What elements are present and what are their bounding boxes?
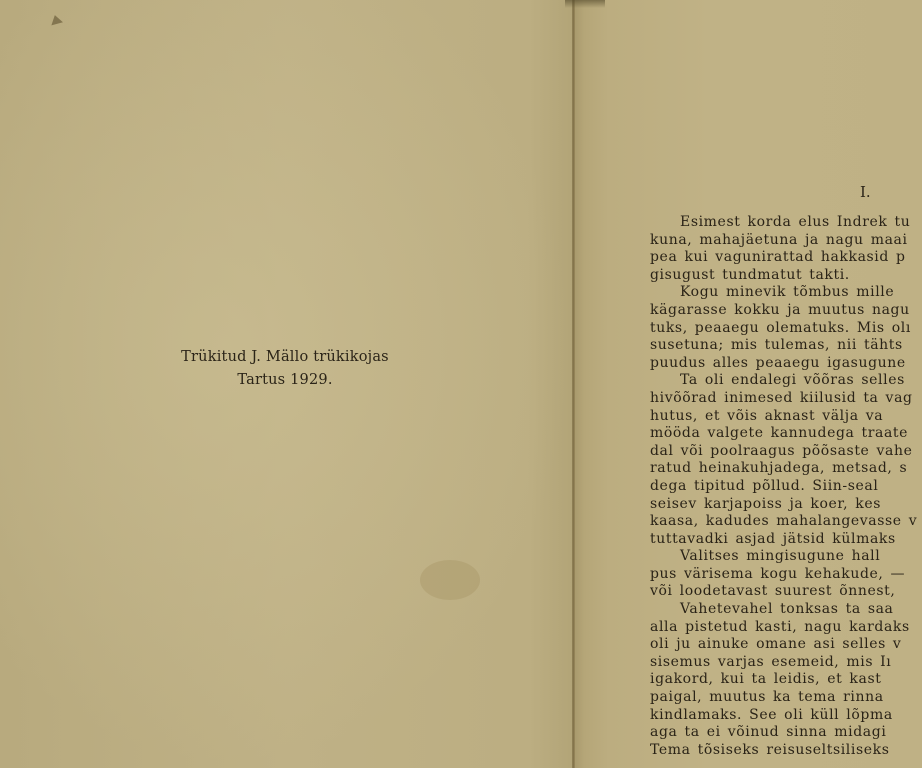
text-line: susetuna; mis tulemas, nii tähts: [650, 337, 922, 355]
text-line: alla pistetud kasti, nagu kardaks: [650, 619, 922, 637]
text-line: tuks, peaaegu olematuks. Mis olı: [650, 320, 922, 338]
paper-stain: [420, 560, 480, 600]
text-line: seisev karjapoiss ja koer, kes: [650, 496, 922, 514]
text-line: Ta oli endalegi võõras selles: [650, 372, 922, 390]
text-line: kuna, mahajäetuna ja nagu maai: [650, 232, 922, 250]
text-line: Vahetevahel tonksas ta saa: [650, 601, 922, 619]
text-line: sisemus varjas esemeid, mis Iı: [650, 654, 922, 672]
text-line: Kogu minevik tõmbus mille: [650, 284, 922, 302]
text-line: kindlamaks. See oli küll lõpma: [650, 707, 922, 725]
text-line: Valitses mingisugune hall: [650, 548, 922, 566]
text-line: gisugust tundmatut takti.: [650, 267, 922, 285]
left-page: Trükitud J. Mällo trükikojas Tartus 1929…: [0, 0, 574, 768]
printer-colophon: Trükitud J. Mällo trükikojas Tartus 1929…: [150, 346, 420, 392]
text-line: hutus, et võis aknast välja va: [650, 408, 922, 426]
text-line: pea kui vagunirattad hakkasid p: [650, 249, 922, 267]
colophon-place-year: Tartus 1929.: [150, 369, 420, 392]
book-spread: Trükitud J. Mällo trükikojas Tartus 1929…: [0, 0, 922, 768]
text-line: oli ju ainuke omane asi selles v: [650, 636, 922, 654]
text-line: tuttavadki asjad jätsid külmaks: [650, 531, 922, 549]
text-line: igakord, kui ta leidis, et kast: [650, 671, 922, 689]
paper-mark: [49, 14, 63, 26]
text-line: paigal, muutus ka tema rinna: [650, 689, 922, 707]
spine-shadow: [565, 0, 605, 8]
text-line: hivõõrad inimesed kiilusid ta vag: [650, 390, 922, 408]
chapter-number: I.: [860, 183, 871, 201]
book-gutter: [572, 0, 575, 768]
chapter-body-text: Esimest korda elus Indrek tukuna, mahajä…: [650, 214, 922, 759]
text-line: kägarasse kokku ja muutus nagu: [650, 302, 922, 320]
colophon-printer-line: Trükitud J. Mällo trükikojas: [150, 346, 420, 369]
text-line: ratud heinakuhjadega, metsad, s: [650, 460, 922, 478]
text-line: pus värisema kogu kehakude, —: [650, 566, 922, 584]
text-line: puudus alles peaaegu igasugune: [650, 355, 922, 373]
text-line: mööda valgete kannudega traate: [650, 425, 922, 443]
text-line: dega tipitud põllud. Siin-seal: [650, 478, 922, 496]
text-line: Esimest korda elus Indrek tu: [650, 214, 922, 232]
text-line: või loodetavast suurest õnnest,: [650, 583, 922, 601]
text-line: aga ta ei võinud sinna midagi: [650, 724, 922, 742]
text-line: kaasa, kadudes mahalangevasse v: [650, 513, 922, 531]
text-line: dal või poolraagus põõsaste vahe: [650, 443, 922, 461]
text-line: Tema tõsiseks reisuseltsiliseks: [650, 742, 922, 760]
